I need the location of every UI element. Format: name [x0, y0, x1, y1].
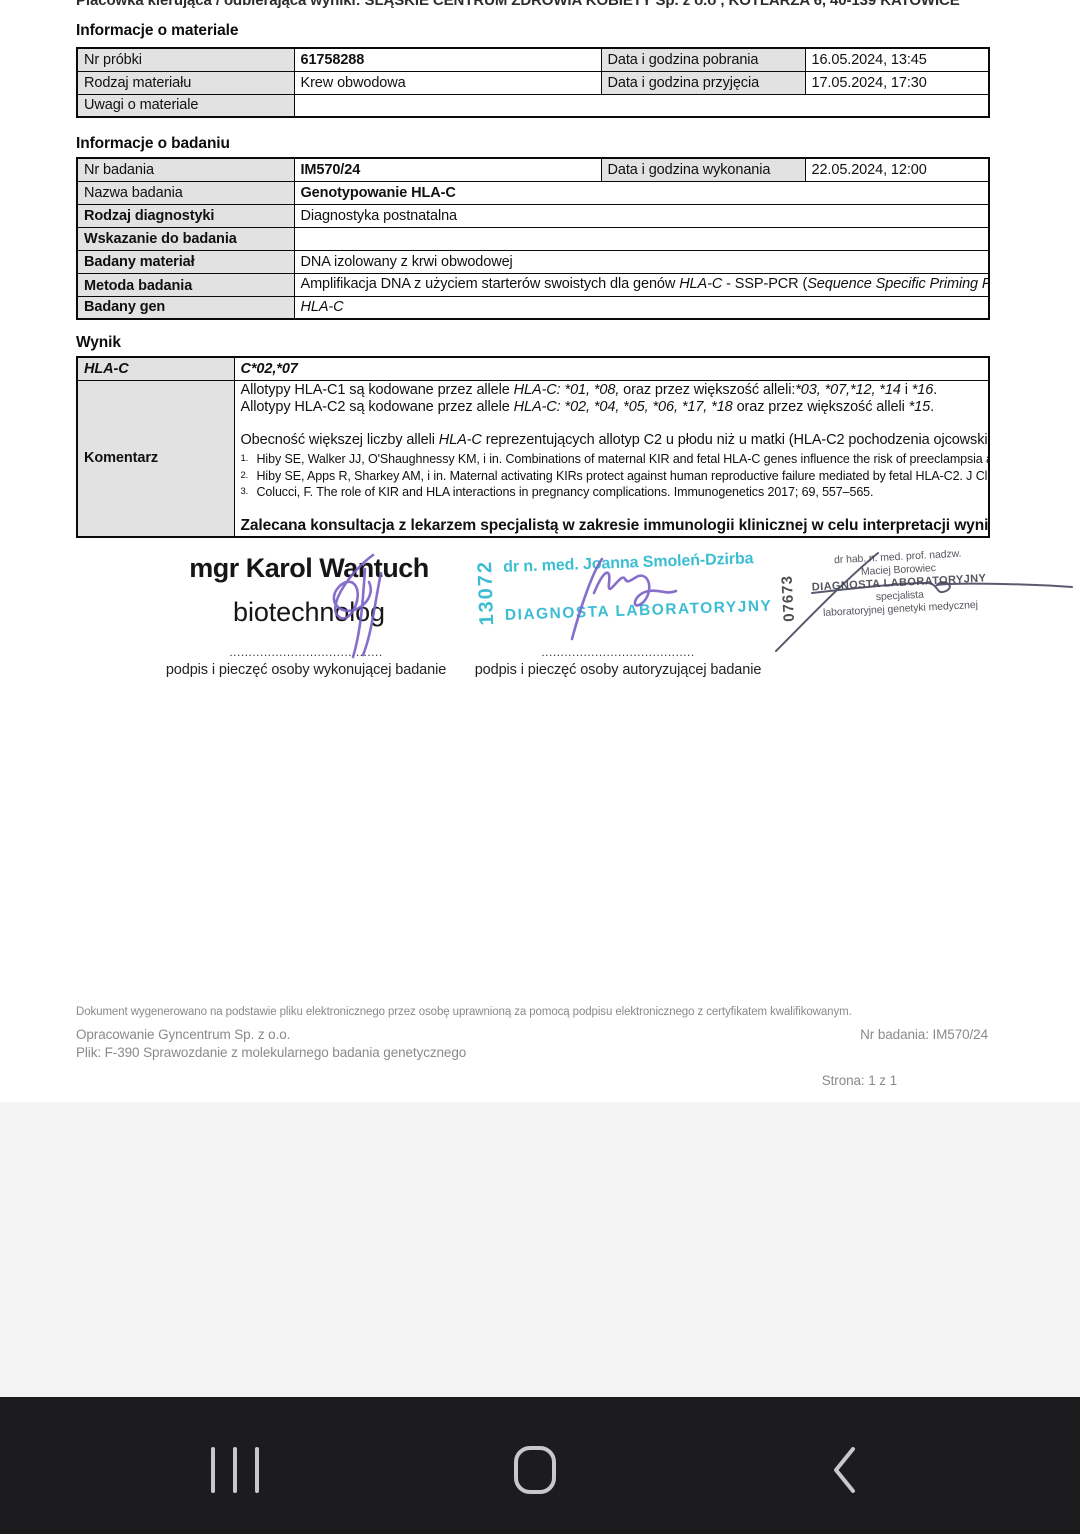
table-row: Rodzaj diagnostyki Diagnostyka postnatal…	[77, 204, 989, 227]
material-section-title: Informacje o materiale	[76, 22, 988, 40]
table-row: Uwagi o materiale	[77, 94, 989, 117]
material-type-label: Rodzaj materiału	[77, 71, 294, 94]
result-table: HLA-C C*02,*07 Komentarz Allotypy HLA-C1…	[76, 356, 990, 538]
reference-item: 3. Colucci, F. The role of KIR and HLA i…	[241, 485, 983, 501]
study-number-label: Nr badania	[77, 158, 294, 181]
method-value: Amplifikacja DNA z użyciem starterów swo…	[294, 273, 989, 296]
study-name-value: Genotypowanie HLA-C	[294, 181, 989, 204]
authorizer-caption: ........................................…	[458, 647, 778, 678]
reference-text: Hiby SE, Apps R, Sharkey AM, i in. Mater…	[257, 469, 990, 485]
diagnostics-type-value: Diagnostyka postnatalna	[294, 204, 989, 227]
home-button[interactable]	[514, 1446, 556, 1494]
result-section-title: Wynik	[76, 334, 988, 352]
comment-paragraph: Obecność większej liczby alleli HLA-C re…	[241, 432, 983, 450]
reference-text: Hiby SE, Walker JJ, O'Shaughnessy KM, i …	[257, 452, 990, 468]
document-footer: Dokument wygenerowano na podstawie pliku…	[76, 1006, 988, 1088]
supervisor-stamp: 07673 dr hab. n. med. prof. nadzw. Macie…	[776, 540, 1019, 621]
performer-name: mgr Karol Wantuch	[164, 553, 454, 584]
study-name-label: Nazwa badania	[77, 181, 294, 204]
table-row: Wskazanie do badania	[77, 227, 989, 250]
table-row: Nr badania IM570/24 Data i godzina wykon…	[77, 158, 989, 181]
consultation-recommendation: Zalecana konsultacja z lekarzem specjali…	[241, 516, 983, 535]
reference-number: 2.	[241, 468, 257, 485]
recents-icon	[211, 1447, 215, 1493]
table-row: HLA-C C*02,*07	[77, 357, 989, 380]
reference-text: Colucci, F. The role of KIR and HLA inte…	[257, 485, 983, 501]
authorizer-stamp-number: 13072	[475, 557, 497, 626]
table-row: Metoda badania Amplifikacja DNA z użycie…	[77, 273, 989, 296]
performer-caption-text: podpis i pieczęć osoby wykonującej badan…	[146, 662, 466, 678]
referring-facility-line: Placówka kierująca / odbierająca wyniki:…	[76, 0, 960, 9]
footer-page-number: Strona: 1 z 1	[76, 1073, 897, 1088]
signatures-block: mgr Karol Wantuch biotechnolog 13072 dr …	[76, 547, 988, 697]
android-navigation-bar	[0, 1397, 1080, 1534]
acceptance-datetime-label: Data i godzina przyjęcia	[601, 71, 805, 94]
table-row: Nazwa badania Genotypowanie HLA-C	[77, 181, 989, 204]
viewer-background	[0, 1102, 1080, 1397]
phone-screen: Placówka kierująca / odbierająca wyniki:…	[0, 0, 1080, 1534]
performer-stamp: mgr Karol Wantuch biotechnolog	[164, 553, 454, 628]
lab-report-page: Placówka kierująca / odbierająca wyniki:…	[0, 0, 1080, 1102]
indication-value	[294, 227, 989, 250]
footer-file-name: Plik: F-390 Sprawozdanie z molekularnego…	[76, 1045, 988, 1060]
table-row: Rodzaj materiału Krew obwodowa Data i go…	[77, 71, 989, 94]
authorizer-stamp: 13072 dr n. med. Joanna Smoleń-Dzirba DI…	[475, 548, 757, 626]
execution-datetime-value: 22.05.2024, 12:00	[805, 158, 989, 181]
collection-datetime-value: 16.05.2024, 13:45	[805, 48, 989, 71]
authorizer-caption-text: podpis i pieczęć osoby autoryzującej bad…	[458, 662, 778, 678]
authorizer-name: dr n. med. Joanna Smoleń-Dzirba	[503, 549, 771, 576]
footer-study-number: Nr badania: IM570/24	[860, 1027, 988, 1042]
reference-item: 1. Hiby SE, Walker JJ, O'Shaughnessy KM,…	[241, 452, 983, 468]
result-genotype-value: C*02,*07	[234, 357, 989, 380]
allotype-line-1: Allotypy HLA-C1 są kodowane przez allele…	[241, 382, 983, 399]
acceptance-datetime-value: 17.05.2024, 17:30	[805, 71, 989, 94]
reference-item: 2. Hiby SE, Apps R, Sharkey AM, i in. Ma…	[241, 469, 983, 485]
comment-body: Allotypy HLA-C1 są kodowane przez allele…	[234, 380, 989, 537]
table-row: Badany gen HLA-C	[77, 296, 989, 319]
reference-list: 1. Hiby SE, Walker JJ, O'Shaughnessy KM,…	[241, 452, 983, 501]
signature-dotted-line: ........................................	[146, 647, 466, 657]
back-chevron-icon	[830, 1446, 860, 1494]
diagnostics-type-label: Rodzaj diagnostyki	[77, 204, 294, 227]
recents-button[interactable]	[211, 1447, 259, 1493]
indication-label: Wskazanie do badania	[77, 227, 294, 250]
reference-number: 3.	[241, 484, 257, 501]
tested-material-value: DNA izolowany z krwi obwodowej	[294, 250, 989, 273]
tested-material-label: Badany materiał	[77, 250, 294, 273]
footer-generated-note: Dokument wygenerowano na podstawie pliku…	[76, 1006, 988, 1018]
performer-title: biotechnolog	[164, 597, 454, 628]
performer-caption: ........................................…	[146, 647, 466, 678]
table-row: Komentarz Allotypy HLA-C1 są kodowane pr…	[77, 380, 989, 537]
footer-company: Opracowanie Gyncentrum Sp. z o.o.	[76, 1027, 290, 1042]
sample-number-value: 61758288	[294, 48, 601, 71]
material-info-table: Nr próbki 61758288 Data i godzina pobran…	[76, 47, 990, 118]
material-type-value: Krew obwodowa	[294, 71, 601, 94]
back-button[interactable]	[830, 1446, 860, 1494]
material-remarks-label: Uwagi o materiale	[77, 94, 294, 117]
table-row: Nr próbki 61758288 Data i godzina pobran…	[77, 48, 989, 71]
study-section-title: Informacje o badaniu	[76, 135, 988, 153]
allotype-line-2: Allotypy HLA-C2 są kodowane przez allele…	[241, 399, 983, 416]
home-icon	[514, 1446, 556, 1494]
collection-datetime-label: Data i godzina pobrania	[601, 48, 805, 71]
result-gene-label: HLA-C	[77, 357, 234, 380]
material-remarks-value	[294, 94, 989, 117]
tested-gene-value: HLA-C	[294, 296, 989, 319]
study-number-value: IM570/24	[294, 158, 601, 181]
tested-gene-label: Badany gen	[77, 296, 294, 319]
supervisor-stamp-number: 07673	[776, 552, 800, 622]
table-row: Badany materiał DNA izolowany z krwi obw…	[77, 250, 989, 273]
comment-label: Komentarz	[77, 380, 234, 537]
study-info-table: Nr badania IM570/24 Data i godzina wykon…	[76, 157, 990, 320]
sample-number-label: Nr próbki	[77, 48, 294, 71]
reference-number: 1.	[241, 451, 257, 468]
authorizer-title: DIAGNOSTA LABORATORYJNY	[505, 597, 773, 624]
method-label: Metoda badania	[77, 273, 294, 296]
signature-dotted-line: ........................................	[458, 647, 778, 657]
execution-datetime-label: Data i godzina wykonania	[601, 158, 805, 181]
